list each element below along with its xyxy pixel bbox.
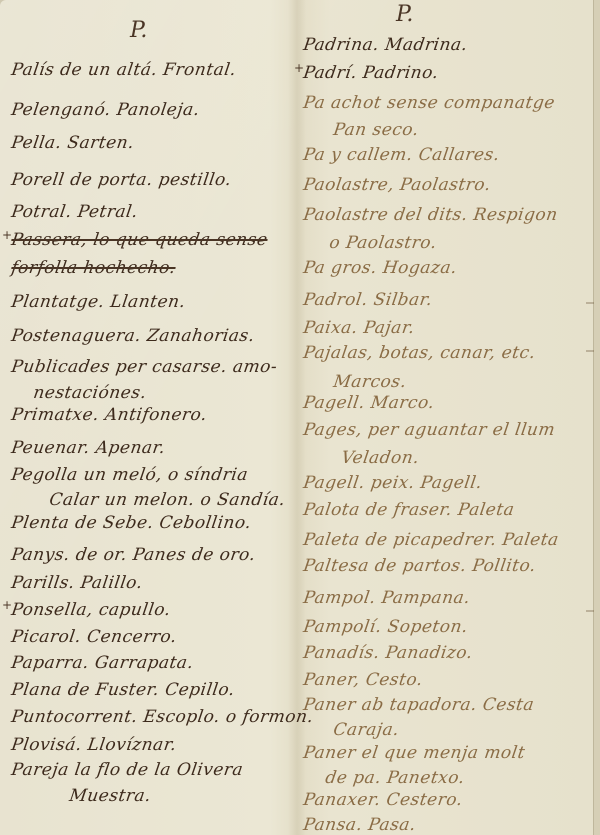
glossary-entry: forfolla hochecho. bbox=[10, 258, 177, 278]
glossary-entry: Pa gros. Hogaza. bbox=[302, 258, 458, 278]
glossary-entry: Pampol. Pampana. bbox=[302, 588, 472, 608]
glossary-entry: Potral. Petral. bbox=[10, 202, 139, 222]
glossary-entry: Pella. Sarten. bbox=[10, 133, 136, 153]
glossary-entry: Pelenganó. Panoleja. bbox=[10, 100, 201, 120]
glossary-entry: Paner, Cesto. bbox=[302, 670, 424, 690]
glossary-entry: Pampolí. Sopeton. bbox=[302, 617, 469, 637]
glossary-entry: Paleta de picapedrer. Paleta bbox=[302, 530, 560, 550]
glossary-entry: Puntocorrent. Escoplo. o formon. bbox=[10, 707, 315, 727]
glossary-entry: Padrí. Padrino. bbox=[302, 63, 440, 83]
glossary-entry: Veladon. bbox=[340, 448, 421, 468]
glossary-entry: Palota de fraser. Paleta bbox=[302, 500, 516, 520]
manuscript-page: P. Palís de un altá. Frontal.Pelenganó. … bbox=[0, 0, 600, 835]
glossary-entry: Passera, lo que queda sense bbox=[10, 230, 269, 250]
glossary-entry: Palís de un altá. Frontal. bbox=[10, 60, 238, 80]
glossary-entry: nestaciónes. bbox=[32, 383, 148, 403]
glossary-entry: Paparra. Garrapata. bbox=[10, 653, 195, 673]
ink-bleed-mark bbox=[586, 302, 594, 304]
glossary-entry: Picarol. Cencerro. bbox=[10, 627, 178, 647]
ink-bleed-mark bbox=[586, 350, 594, 352]
margin-cross-mark: + bbox=[294, 61, 304, 75]
glossary-entry: Caraja. bbox=[332, 720, 401, 740]
glossary-entry: de pa. Panetxo. bbox=[324, 768, 466, 788]
glossary-entry: Primatxe. Antifonero. bbox=[10, 405, 208, 425]
right-column-heading: P. bbox=[396, 2, 413, 27]
glossary-entry: Paner el que menja molt bbox=[302, 743, 526, 763]
glossary-entry: Paolastre del dits. Respigon bbox=[302, 205, 559, 225]
glossary-entry: Porell de porta. pestillo. bbox=[10, 170, 233, 190]
glossary-entry: Pansa. Pasa. bbox=[302, 815, 417, 835]
glossary-entry: Peuenar. Apenar. bbox=[10, 438, 167, 458]
glossary-entry: Pagell. peix. Pagell. bbox=[302, 473, 484, 493]
glossary-entry: Paolastre, Paolastro. bbox=[302, 175, 492, 195]
glossary-entry: Pegolla un meló, o síndria bbox=[10, 465, 249, 485]
glossary-entry: Panaxer. Cestero. bbox=[302, 790, 464, 810]
glossary-entry: Panys. de or. Panes de oro. bbox=[10, 545, 257, 565]
page-edge bbox=[593, 0, 600, 835]
glossary-entry: Calar un melon. o Sandía. bbox=[48, 490, 287, 510]
glossary-entry: Paltesa de partos. Pollito. bbox=[302, 556, 537, 576]
glossary-entry: Pajalas, botas, canar, etc. bbox=[302, 343, 537, 363]
glossary-entry: Publicades per casarse. amo- bbox=[10, 357, 279, 377]
glossary-entry: Pa y callem. Callares. bbox=[302, 145, 501, 165]
glossary-entry: Parills. Palillo. bbox=[10, 573, 144, 593]
glossary-entry: Plovisá. Llovíznar. bbox=[10, 735, 178, 755]
glossary-entry: Ponsella, capullo. bbox=[10, 600, 172, 620]
glossary-entry: Pa achot sense companatge bbox=[302, 93, 556, 113]
ink-bleed-mark bbox=[586, 610, 594, 612]
glossary-entry: Paner ab tapadora. Cesta bbox=[302, 695, 536, 715]
glossary-entry: Paixa. Pajar. bbox=[302, 318, 416, 338]
glossary-entry: Pagell. Marco. bbox=[302, 393, 436, 413]
glossary-entry: Pan seco. bbox=[332, 120, 420, 140]
glossary-entry: Padrol. Silbar. bbox=[302, 290, 434, 310]
glossary-entry: o Paolastro. bbox=[328, 233, 438, 253]
glossary-entry: Marcos. bbox=[332, 372, 408, 392]
glossary-entry: Plenta de Sebe. Cebollino. bbox=[10, 513, 253, 533]
glossary-entry: Postenaguera. Zanahorias. bbox=[10, 326, 256, 346]
glossary-entry: Pages, per aguantar el llum bbox=[302, 420, 556, 440]
glossary-entry: Pareja la flo de la Olivera bbox=[10, 760, 245, 780]
glossary-entry: Plana de Fuster. Cepillo. bbox=[10, 680, 236, 700]
left-column-heading: P. bbox=[130, 18, 147, 43]
glossary-entry: Muestra. bbox=[68, 786, 152, 806]
margin-cross-mark: + bbox=[2, 228, 12, 242]
margin-cross-mark: + bbox=[2, 598, 12, 612]
glossary-entry: Plantatge. Llanten. bbox=[10, 292, 187, 312]
glossary-entry: Panadís. Panadizo. bbox=[302, 643, 474, 663]
glossary-entry: Padrina. Madrina. bbox=[302, 35, 469, 55]
